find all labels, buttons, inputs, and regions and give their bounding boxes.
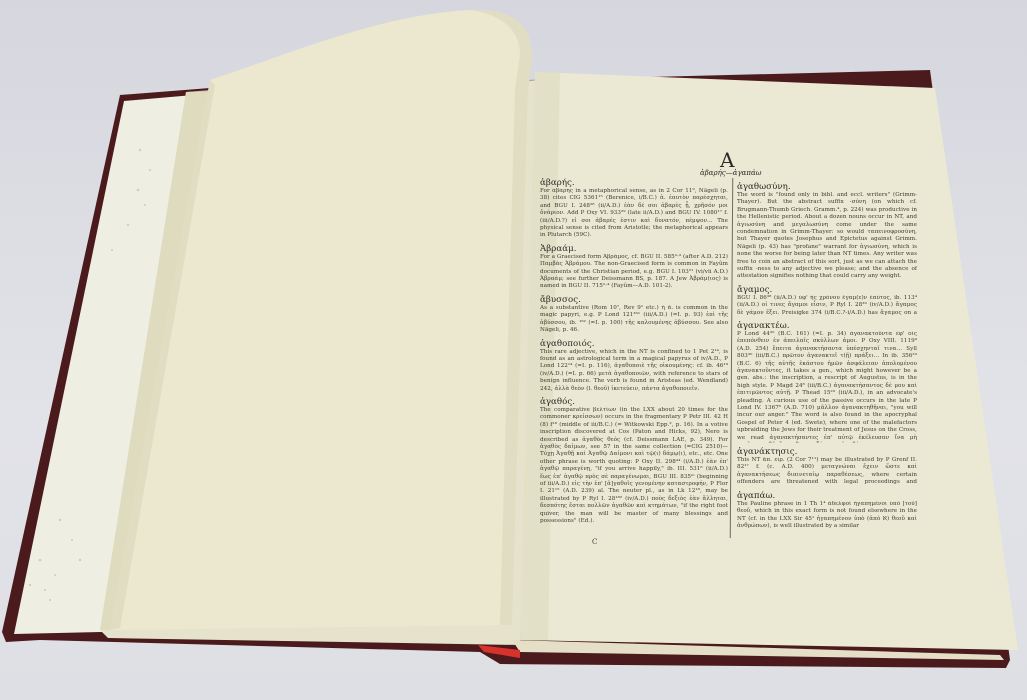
headword: ἀγαθός. bbox=[540, 397, 728, 407]
entry-text: The word is "found only in bibl. and ecc… bbox=[737, 192, 917, 281]
right-column: ἀγαθωσύνη.The word is "found only in bib… bbox=[737, 182, 917, 531]
entry-text: The Pauline phrase in 1 Th 1⁴ ἀδελφοὶ ἠγ… bbox=[737, 501, 917, 531]
left-column: ἀβαρής.For ἀβαρής in a metaphorical sens… bbox=[540, 178, 728, 525]
entry: ἀγαθός.The comparative βελτίων (in the L… bbox=[540, 397, 728, 526]
headword: Ἀβραάμ. bbox=[540, 244, 728, 254]
headword: ἄγαμος. bbox=[737, 285, 917, 295]
entry: ἀγαθωσύνη.The word is "found only in bib… bbox=[737, 182, 917, 281]
entry-text: The comparative βελτίων (in the LXX abou… bbox=[540, 407, 728, 526]
entry-text: This rare adjective, which in the NT is … bbox=[540, 349, 728, 393]
headword: ἀγαθωσύνη. bbox=[737, 182, 917, 192]
entry-text: As a substantive (Rom 10⁷, Rev 9¹ etc.) … bbox=[540, 305, 728, 335]
signature-mark: C bbox=[592, 538, 597, 546]
headword: ἀγαθοποιός. bbox=[540, 339, 728, 349]
entry: ἄβυσσος.As a substantive (Rom 10⁷, Rev 9… bbox=[540, 295, 728, 335]
headword: ἀβαρής. bbox=[540, 178, 728, 188]
entry: ἀγανάκτησις.This NT ἅπ. εἰρ. (2 Cor 7¹¹)… bbox=[737, 447, 917, 487]
entry: ἀγαθοποιός.This rare adjective, which in… bbox=[540, 339, 728, 393]
running-head: ἀβαρής—ἀγαπάω bbox=[700, 169, 761, 177]
headword: ἄβυσσος. bbox=[540, 295, 728, 305]
entry: ἀβαρής.For ἀβαρής in a metaphorical sens… bbox=[540, 178, 728, 240]
headword: ἀγαπάω. bbox=[737, 491, 917, 501]
entry-text: P Lond 44²⁰ (B.C. 161) (=I. p. 34) ἀγανα… bbox=[737, 331, 917, 443]
entry-text: For a Graecised form Ἀβράμος, cf. BGU II… bbox=[540, 254, 728, 291]
entry: ἀγανακτέω.P Lond 44²⁰ (B.C. 161) (=I. p.… bbox=[737, 321, 917, 443]
entry: ἀγαπάω.The Pauline phrase in 1 Th 1⁴ ἀδε… bbox=[737, 491, 917, 531]
headword: ἀγανάκτησις. bbox=[737, 447, 917, 457]
entry: ἄγαμος.BGU I. 86³⁸ (ii/A.D.) ὑφ' ἧς χρόν… bbox=[737, 285, 917, 317]
entry-text: BGU I. 86³⁸ (ii/A.D.) ὑφ' ἧς χρόνου ἔγαμ… bbox=[737, 295, 917, 317]
entry-text: For ἀβαρής in a metaphorical sense, as i… bbox=[540, 188, 728, 240]
entry: Ἀβραάμ.For a Graecised form Ἀβράμος, cf.… bbox=[540, 244, 728, 291]
headword: ἀγανακτέω. bbox=[737, 321, 917, 331]
entry-text: This NT ἅπ. εἰρ. (2 Cor 7¹¹) may be illu… bbox=[737, 457, 917, 487]
